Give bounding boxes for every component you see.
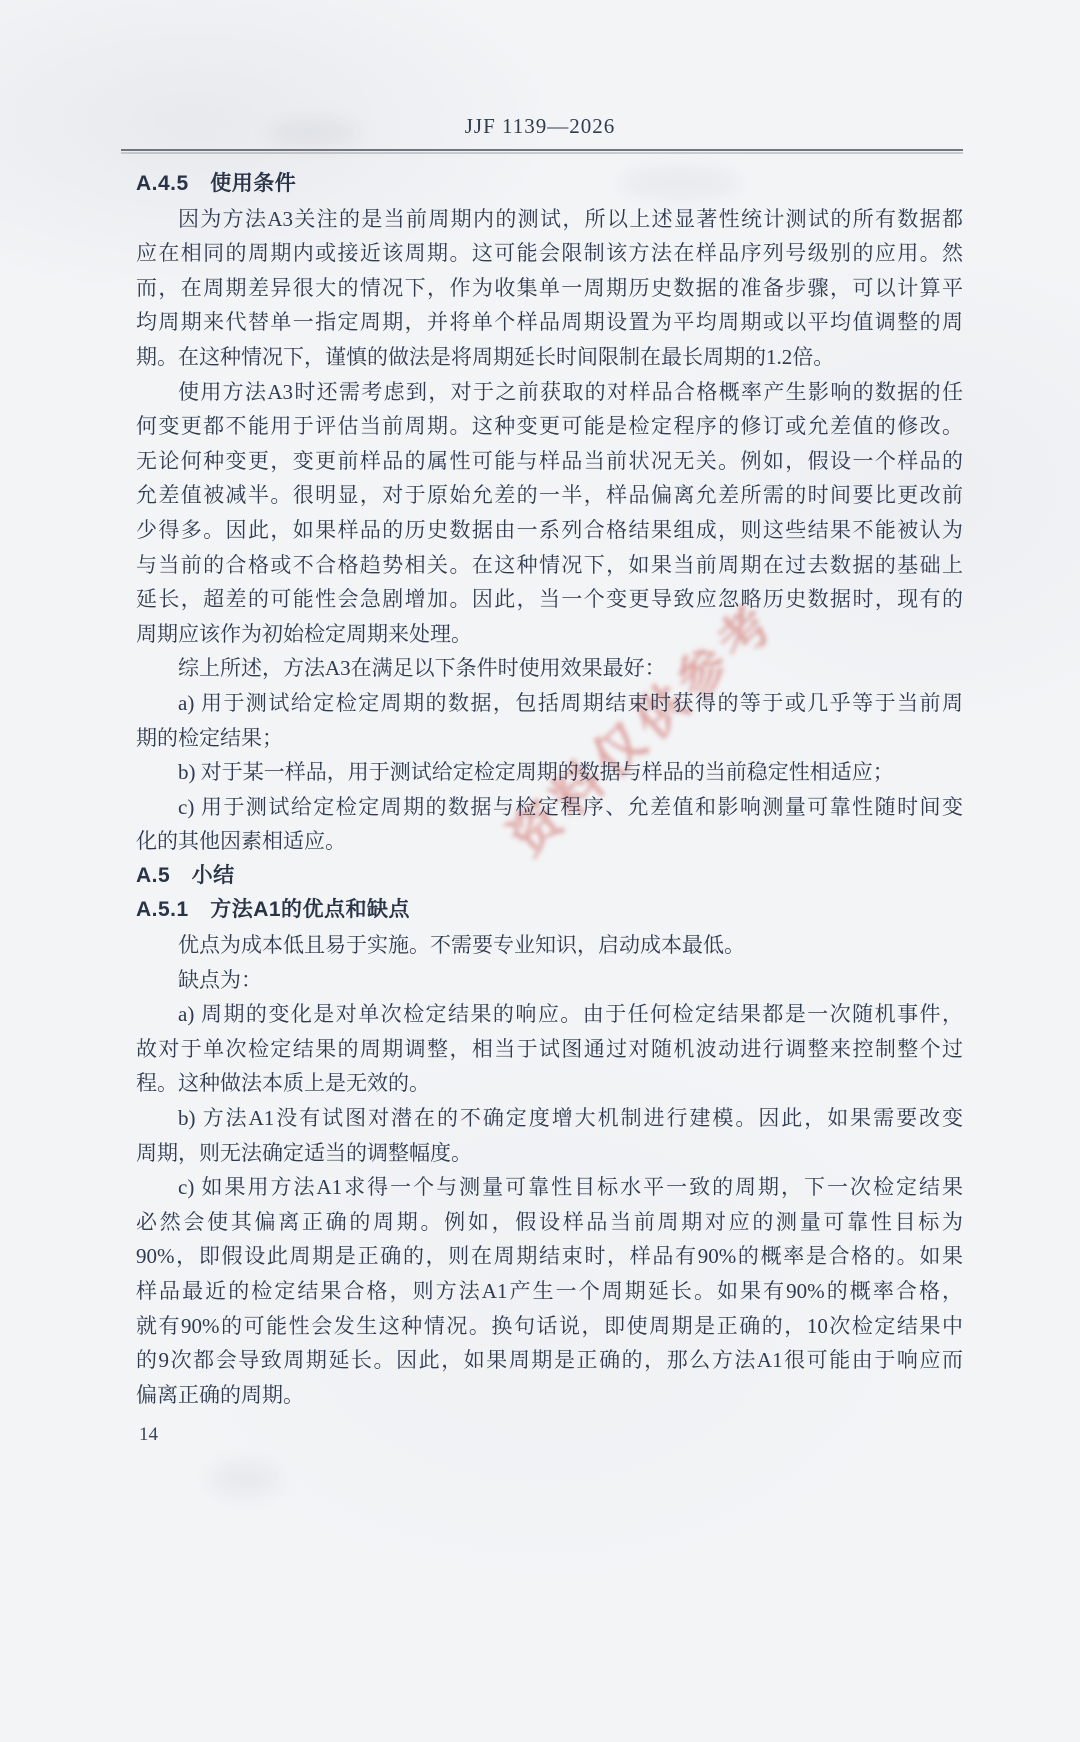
scan-artifact [210,1462,280,1496]
text-line: 程。这种做法本质上是无效的。 [136,1066,963,1101]
text-line: 因为方法A3关注的是当前周期内的测试，所以上述显著性统计测试的所有数据都 [136,202,963,237]
text-line: 使用方法A3时还需考虑到，对于之前获取的对样品合格概率产生影响的数据的任 [136,375,963,410]
page-number: 14 [139,1424,158,1446]
header-divider-rule [121,149,963,151]
text-line: 就有90%的可能性会发生这种情况。换句话说，即使周期是正确的，10次检定结果中 [136,1309,963,1344]
text-line: 均周期来代替单一指定周期，并将单个样品周期设置为平均周期或以平均值调整的周 [136,305,963,340]
text-line: c) 如果用方法A1求得一个与测量可靠性目标水平一致的周期，下一次检定结果 [136,1170,963,1205]
text-line: a) 用于测试给定检定周期的数据，包括周期结束时获得的等于或几乎等于当前周 [136,686,963,721]
text-line: a) 周期的变化是对单次检定结果的响应。由于任何检定结果都是一次随机事件， [136,997,963,1032]
page-body: A.4.5 使用条件因为方法A3关注的是当前周期内的测试，所以上述显著性统计测试… [136,167,963,1412]
standard-number: JJF 1139—2026 [465,114,616,138]
text-line: 优点为成本低且易于实施。不需要专业知识，启动成本最低。 [136,928,963,963]
document-header: JJF 1139—2026 [0,114,1080,139]
text-line: 延长，超差的可能性会急剧增加。因此，当一个变更导致应忽略历史数据时，现有的 [136,582,963,617]
text-line: 偏离正确的周期。 [136,1378,963,1413]
text-line: 少得多。因此，如果样品的历史数据由一系列合格结果组成，则这些结果不能被认为 [136,513,963,548]
text-line: 周期，则无法确定适当的调整幅度。 [136,1136,963,1171]
text-line: 样品最近的检定结果合格，则方法A1产生一个周期延长。如果有90%的概率合格， [136,1274,963,1309]
text-line: 90%，即假设此周期是正确的，则在周期结束时，样品有90%的概率是合格的。如果 [136,1239,963,1274]
text-line: b) 对于某一样品，用于测试给定检定周期的数据与样品的当前稳定性相适应； [136,755,963,790]
text-line: b) 方法A1没有试图对潜在的不确定度增大机制进行建模。因此，如果需要改变 [136,1101,963,1136]
section-heading: A.4.5 使用条件 [136,167,963,202]
text-line: 无论何种变更，变更前样品的属性可能与样品当前状况无关。例如，假设一个样品的 [136,444,963,479]
text-line: 允差值被减半。很明显，对于原始允差的一半，样品偏离允差所需的时间要比更改前 [136,478,963,513]
text-line: 期的检定结果； [136,721,963,756]
text-line: 何变更都不能用于评估当前周期。这种变更可能是检定程序的修订或允差值的修改。 [136,409,963,444]
text-line: 的9次都会导致周期延长。因此，如果周期是正确的，那么方法A1很可能由于响应而 [136,1343,963,1378]
text-line: 必然会使其偏离正确的周期。例如，假设样品当前周期对应的测量可靠性目标为 [136,1205,963,1240]
scanned-document-page: JJF 1139—2026 资料仅供参考 A.4.5 使用条件因为方法A3关注的… [0,0,1080,1742]
section-heading: A.5 小结 [136,859,963,894]
text-line: 与当前的合格或不合格趋势相关。在这种情况下，如果当前周期在过去数据的基础上 [136,548,963,583]
text-line: 化的其他因素相适应。 [136,824,963,859]
section-heading: A.5.1 方法A1的优点和缺点 [136,893,963,928]
text-line: 故对于单次检定结果的周期调整，相当于试图通过对随机波动进行调整来控制整个过 [136,1032,963,1067]
text-line: 缺点为： [136,963,963,998]
text-line: c) 用于测试给定检定周期的数据与检定程序、允差值和影响测量可靠性随时间变 [136,790,963,825]
text-line: 周期应该作为初始检定周期来处理。 [136,617,963,652]
text-line: 综上所述，方法A3在满足以下条件时使用效果最好： [136,651,963,686]
text-line: 而，在周期差异很大的情况下，作为收集单一周期历史数据的准备步骤，可以计算平 [136,271,963,306]
text-line: 期。在这种情况下，谨慎的做法是将周期延长时间限制在最长周期的1.2倍。 [136,340,963,375]
text-line: 应在相同的周期内或接近该周期。这可能会限制该方法在样品序列号级别的应用。然 [136,236,963,271]
